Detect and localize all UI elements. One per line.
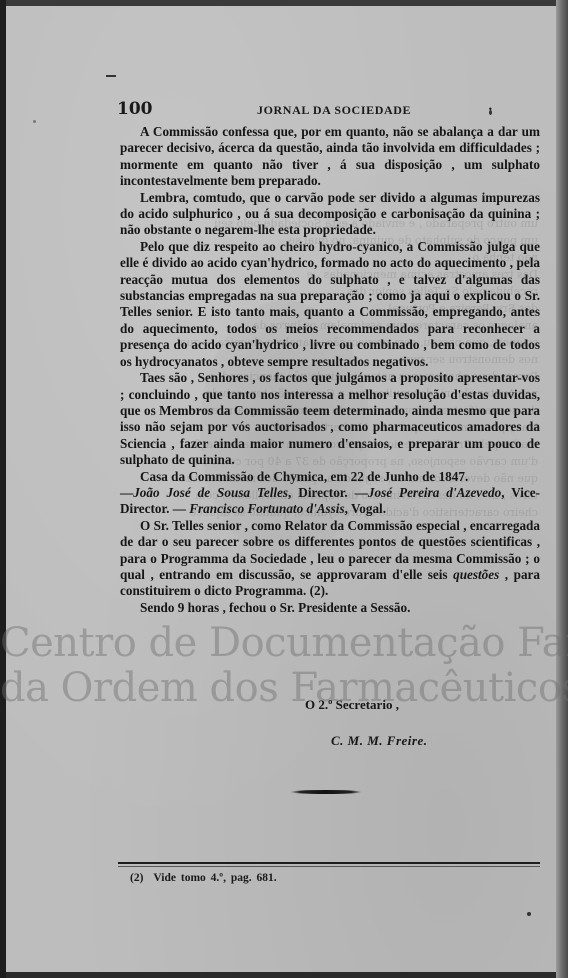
section-divider-ornament (290, 790, 362, 794)
paragraph: Taes são , Senhores , os factos que julg… (120, 370, 540, 468)
paragraph: Lembra, comtudo, que o carvão pode ser d… (120, 190, 540, 239)
dated-line: Casa da Commissão de Chymica, em 22 de J… (120, 469, 540, 485)
page-header: 100 JORNAL DA SOCIEDADE • (117, 103, 542, 121)
page-number: 100 (117, 99, 153, 119)
book-gutter (556, 0, 568, 978)
paragraph: A Commissão confessa que, por em quanto,… (120, 124, 540, 190)
signatory-name: João José de Sousa Telles (133, 485, 288, 500)
footnote: (2)Vide tomo 4.º, pag. 681. (130, 872, 277, 884)
paper-speck (33, 120, 36, 123)
signatories: —João José de Sousa Telles, Director. —J… (120, 485, 540, 518)
signatory-name: Francisco Fortunato d'Assis (189, 501, 344, 516)
signatory-role: Vogal. (351, 501, 386, 516)
report-italic-term: questões (453, 567, 499, 582)
running-title: JORNAL DA SOCIEDADE (257, 103, 411, 118)
paper-speck (489, 110, 492, 115)
footnote-text: Vide tomo 4.º, pag. 681. (153, 872, 276, 884)
secretary-title: O 2.º Secretario , (305, 697, 399, 713)
footnote-rule-thin (118, 866, 540, 867)
body-text: A Commissão confessa que, por em quanto,… (120, 124, 540, 616)
footnote-rule (118, 862, 540, 864)
margin-mark (106, 75, 116, 77)
report-paragraph: O Sr. Telles senior , como Relator da Co… (120, 518, 540, 600)
signatory-name: José Pereira d'Azevedo (368, 485, 501, 500)
paper-speck (527, 912, 531, 916)
closing-line: Sendo 9 horas , fechou o Sr. Presidente … (120, 600, 540, 616)
signatory-role: Director. (298, 485, 347, 500)
secretary-name: C. M. M. Freire. (331, 733, 427, 749)
paragraph: Pelo que diz respeito ao cheiro hydro-cy… (120, 239, 540, 370)
footnote-marker: (2) (130, 872, 143, 884)
